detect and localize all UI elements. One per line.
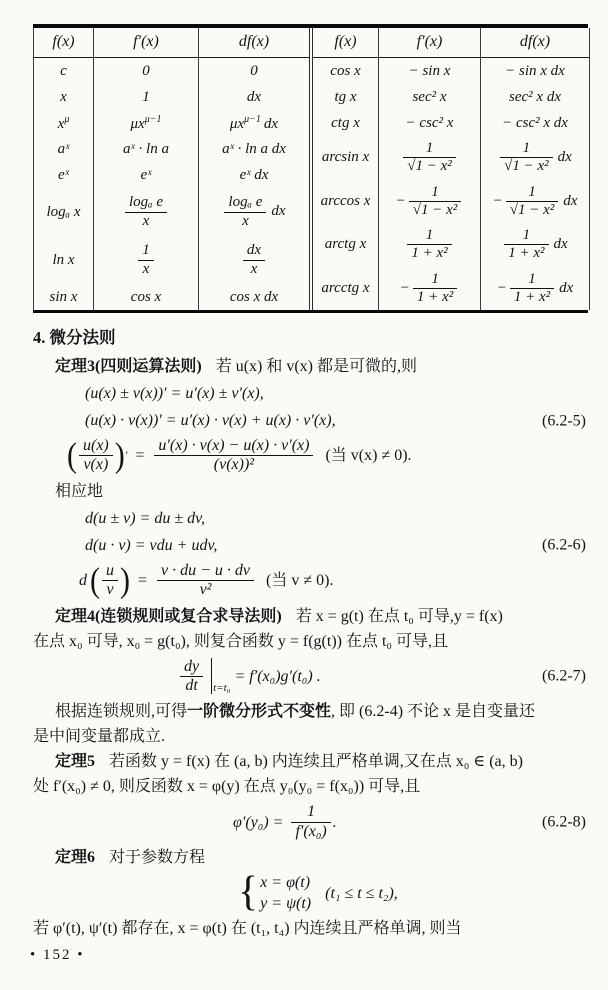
cell-f: logₐ x <box>34 188 94 236</box>
cell-fprime: 1√1 − x² <box>379 136 481 180</box>
condition: (当 v(x) ≠ 0). <box>325 443 411 468</box>
table-row: cos x − sin x − sin x dx <box>313 58 590 85</box>
cell-df: −1√1 − x²dx <box>481 180 590 224</box>
cell-f: c <box>34 58 94 85</box>
cell-fprime: 1x <box>94 236 199 284</box>
theorem-3-label: 定理3 <box>55 358 95 375</box>
theorem-4-intro: 定理4(连锁规则或复合求导法则)若 x = g(t) 在点 t₀ 可导,y = … <box>33 604 588 629</box>
left-brace-icon: { <box>238 874 258 912</box>
equation-number: (6.2-8) <box>542 810 586 835</box>
equation-product-rule: (u(x) · v(x))′ = u′(x) · v(x) + u(x) · v… <box>85 408 588 433</box>
table-row: x 1 dx <box>34 84 310 110</box>
parametric-system: { x = φ(t) y = ψ(t) (t₁ ≤ t ≤ t₂), <box>238 872 588 914</box>
table-row: arctg x 11 + x² 11 + x²dx <box>313 223 590 267</box>
cell-df: μxμ−1dx <box>199 110 310 136</box>
cell-fprime: 0 <box>94 58 199 85</box>
sqrt-icon: √ <box>413 202 421 218</box>
cell-f: x <box>34 84 94 110</box>
column-header-df: df(x) <box>199 28 310 58</box>
theorem-3-intro: 定理3(四则运算法则)若 u(x) 和 v(x) 都是可微的,则 <box>33 354 588 379</box>
theorem-6-intro: 定理6对于参数方程 <box>33 845 588 870</box>
column-header-f: f(x) <box>313 28 379 58</box>
invariance-term: 一阶微分形式不变性 <box>187 703 331 720</box>
cell-df: dxx <box>199 236 310 284</box>
cell-f: arcsin x <box>313 136 379 180</box>
table-row: logₐ x logₐ ex logₐ exdx <box>34 188 310 236</box>
cell-fprime: − sin x <box>379 58 481 85</box>
cell-fprime: 1 <box>94 84 199 110</box>
cell-fprime: −11 + x² <box>379 267 481 311</box>
table-row: aˣ aˣ · ln a aˣ · ln a dx <box>34 136 310 162</box>
cell-df: − sin x dx <box>481 58 590 85</box>
derivative-table-right-half: f(x) f′(x) df(x) cos x − sin x − sin x d… <box>312 28 590 310</box>
equation-d-quotient: d ( uv ) = v · du − u · dvv² (当 v ≠ 0). <box>79 560 588 602</box>
equation-chain-rule: dydt t=t₀ = f′(x₀)g′(t₀) . (6.2-7) <box>178 656 588 698</box>
derivative-table: f(x) f′(x) df(x) c 0 0 x 1 dx <box>33 24 588 313</box>
table-row: arcsin x 1√1 − x² 1√1 − x²dx <box>313 136 590 180</box>
book-page: f(x) f′(x) df(x) c 0 0 x 1 dx <box>0 0 608 990</box>
table-row: arccos x −1√1 − x² −1√1 − x²dx <box>313 180 590 224</box>
cell-f: cos x <box>313 58 379 85</box>
cell-fprime: − csc² x <box>379 110 481 136</box>
theorem-4-label: 定理4 <box>55 608 95 625</box>
table-row: sin x cos x cos x dx <box>34 284 310 310</box>
theorem-5-label: 定理5 <box>55 753 95 770</box>
cell-df: eˣ dx <box>199 162 310 188</box>
cell-fprime: sec² x <box>379 84 481 110</box>
theorem-5-line-2: 处 f′(x₀) ≠ 0, 则反函数 x = φ(y) 在点 y₀(y₀ = f… <box>33 774 588 799</box>
table-header-row: f(x) f′(x) df(x) <box>34 28 310 58</box>
cell-df: logₐ exdx <box>199 188 310 236</box>
cell-f: aˣ <box>34 136 94 162</box>
system-line-1: x = φ(t) <box>260 872 311 893</box>
cell-df: aˣ · ln a dx <box>199 136 310 162</box>
table-row: tg x sec² x sec² x dx <box>313 84 590 110</box>
theorem-6-label: 定理6 <box>55 849 95 866</box>
cell-f: arctg x <box>313 223 379 267</box>
condition: (当 v ≠ 0). <box>266 568 333 593</box>
cell-df: 0 <box>199 58 310 85</box>
table-row: arcctg x −11 + x² −11 + x²dx <box>313 267 590 311</box>
cell-fprime: μxμ−1 <box>94 110 199 136</box>
cell-df: dx <box>199 84 310 110</box>
equation-sum-rule: (u(x) ± v(x))′ = u′(x) ± v′(x), <box>85 381 588 406</box>
cell-df: cos x dx <box>199 284 310 310</box>
system-condition: (t₁ ≤ t ≤ t₂), <box>325 881 398 906</box>
column-header-df: df(x) <box>481 28 590 58</box>
cell-f: eˣ <box>34 162 94 188</box>
correspondingly-line: 相应地 <box>33 479 588 504</box>
cell-df: −11 + x²dx <box>481 267 590 311</box>
equation-inverse-function: φ′(y₀) = 1f′(x₀) . (6.2-8) <box>233 801 588 843</box>
derivative-table-left-half: f(x) f′(x) df(x) c 0 0 x 1 dx <box>33 28 310 310</box>
cell-fprime: 11 + x² <box>379 223 481 267</box>
cell-df: 11 + x²dx <box>481 223 590 267</box>
table-header-row: f(x) f′(x) df(x) <box>313 28 590 58</box>
table-row: ln x 1x dxx <box>34 236 310 284</box>
cell-fprime: eˣ <box>94 162 199 188</box>
page-number: • 152 • <box>30 947 85 964</box>
system-line-2: y = ψ(t) <box>260 893 311 914</box>
table-row: xμ μxμ−1 μxμ−1dx <box>34 110 310 136</box>
cell-fprime: −1√1 − x² <box>379 180 481 224</box>
closing-line: 若 φ′(t), ψ′(t) 都存在, x = φ(t) 在 (t₁, t₄) … <box>33 916 588 941</box>
column-header-fprime: f′(x) <box>379 28 481 58</box>
cell-df: − csc² x dx <box>481 110 590 136</box>
theorem-4-line-2: 在点 x₀ 可导, x₀ = g(t₀), 则复合函数 y = f(g(t)) … <box>33 629 588 654</box>
evaluation-bar: t=t₀ <box>211 658 230 694</box>
cell-f: arccos x <box>313 180 379 224</box>
cell-f: arcctg x <box>313 267 379 311</box>
cell-fprime: logₐ ex <box>94 188 199 236</box>
section-heading: 4. 微分法则 <box>33 325 588 350</box>
chain-remark-line-1: 根据连锁规则,可得一阶微分形式不变性, 即 (6.2-4) 不论 x 是自变量还 <box>33 699 588 724</box>
equation-number: (6.2-7) <box>542 664 586 689</box>
cell-f: sin x <box>34 284 94 310</box>
equation-quotient-rule: ( u(x)v(x) )′ = u′(x) · v(x) − u(x) · v′… <box>67 435 588 477</box>
cell-f: ln x <box>34 236 94 284</box>
prime-mark: ′ <box>125 443 128 468</box>
cell-f: tg x <box>313 84 379 110</box>
table-row: ctg x − csc² x − csc² x dx <box>313 110 590 136</box>
column-header-fprime: f′(x) <box>94 28 199 58</box>
body-text: 4. 微分法则 定理3(四则运算法则)若 u(x) 和 v(x) 都是可微的,则… <box>33 325 588 941</box>
cell-f: ctg x <box>313 110 379 136</box>
theorem-5-intro: 定理5若函数 y = f(x) 在 (a, b) 内连续且严格单调,又在点 x₀… <box>33 749 588 774</box>
cell-fprime: cos x <box>94 284 199 310</box>
sqrt-icon: √ <box>510 202 518 218</box>
equation-number: (6.2-5) <box>542 408 586 433</box>
cell-df: sec² x dx <box>481 84 590 110</box>
table-row: c 0 0 <box>34 58 310 85</box>
table-row: eˣ eˣ eˣ dx <box>34 162 310 188</box>
chain-remark-line-2: 是中间变量都成立. <box>33 724 588 749</box>
equation-d-product: d(u · v) = vdu + udv,(6.2-6) <box>85 533 588 558</box>
cell-fprime: aˣ · ln a <box>94 136 199 162</box>
equation-number: (6.2-6) <box>542 533 586 558</box>
cell-f: xμ <box>34 110 94 136</box>
column-header-f: f(x) <box>34 28 94 58</box>
cell-df: 1√1 − x²dx <box>481 136 590 180</box>
equation-d-sum: d(u ± v) = du ± dv, <box>85 506 588 531</box>
